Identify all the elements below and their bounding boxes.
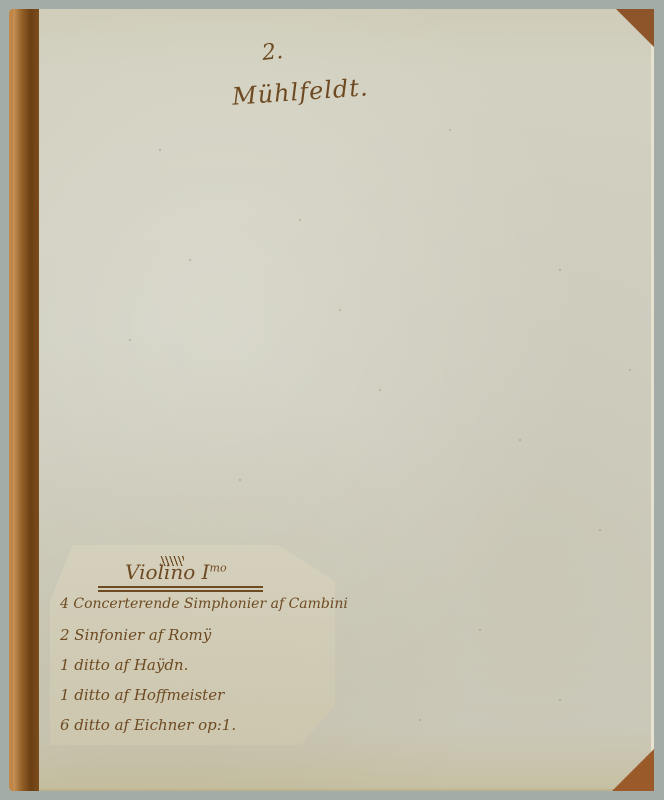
label-line: 6 ditto af Eichner op:1. (60, 716, 236, 734)
label-heading: Violino Imo (125, 560, 227, 584)
label-line: 4 Concerterende Simphonier af Cambini (60, 596, 348, 612)
label-line: 1 ditto af Hoffmeister (60, 686, 224, 704)
label-line: 1 ditto af Haÿdn. (60, 656, 188, 674)
heading-underline (98, 586, 263, 588)
volume-number: 2. (261, 39, 284, 66)
leather-corner-top-right (616, 9, 654, 47)
leather-corner-bottom-right (612, 749, 654, 791)
spine-edge (13, 9, 19, 791)
label-line: 2 Sinfonier af Romÿ (60, 626, 211, 644)
label-heading-superscript: mo (210, 561, 227, 574)
label-heading-text: Violino I (125, 560, 210, 584)
heading-underline-2 (98, 590, 263, 592)
